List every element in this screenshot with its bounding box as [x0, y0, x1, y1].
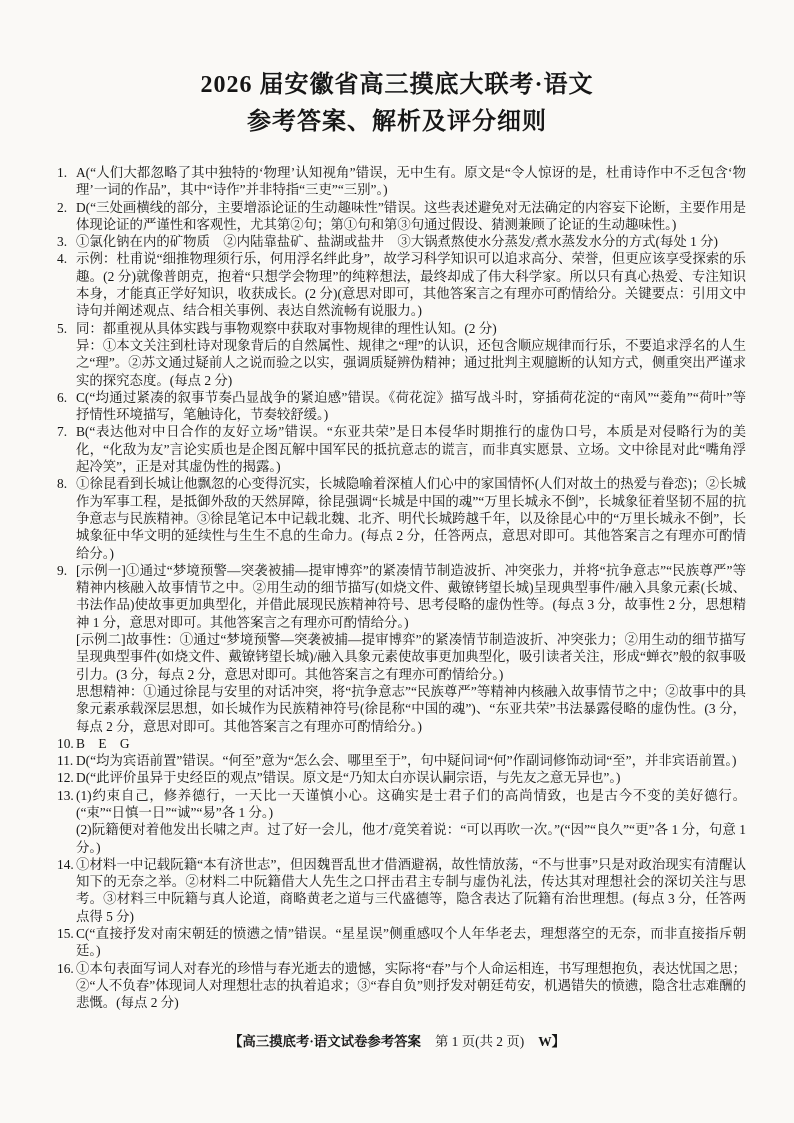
answer-item-4: 4.示例：杜甫说“细推物理须行乐，何用浮名绊此身”，故学习科学知识可以追求高分、…	[57, 250, 746, 319]
answer-item-10: 10.B E G	[57, 735, 746, 752]
answer-paragraph: 14.①材料一中记载阮籍“本有济世志”，但因魏晋乱世才借酒避祸，故性情放荡，“不…	[76, 856, 746, 925]
page-footer: 【高三摸底考·语文试卷参考答案第 1 页(共 2 页)W】	[0, 1031, 794, 1050]
item-number: 3.	[57, 233, 76, 250]
answer-paragraph: 2.D(“三处画横线的部分，主要增添论证的生动趣味性”错误。这些表述避免对无法确…	[76, 199, 746, 234]
page-title: 2026 届安徽省高三摸底大联考·语文	[0, 70, 794, 100]
item-number: 10.	[57, 735, 76, 752]
answer-paragraph: 11.D(“均为宾语前置”错误。“何至”意为“怎么会、哪里至于”，句中疑问词“何…	[76, 752, 746, 769]
answer-paragraph: 15.C(“直接抒发对南宋朝廷的愤懑之情”错误。“星星误”侧重感叹个人年华老去，…	[76, 925, 746, 960]
footer-version-code: W】	[538, 1034, 565, 1049]
item-number: 8.	[57, 475, 76, 492]
answer-paragraph: [示例二]故事性：①通过“梦境预警—突袭被捕—提审博弈”的紧凑情节制造波折、冲突…	[76, 631, 746, 683]
answer-item-1: 1.A(“人们大都忽略了其中独特的‘物理’认知视角”错误，无中生有。原文是“令人…	[57, 164, 746, 199]
item-number: 16.	[57, 960, 76, 977]
answer-paragraph: 12.D(“此评价虽异于史经臣的观点”错误。原文是“乃知太白亦误认嗣宗语，与先友…	[76, 769, 746, 786]
item-number: 2.	[57, 199, 76, 216]
answer-paragraph: (2)阮籍便对着他发出长啸之声。过了好一会儿，他才/竟笑着说：“可以再吹一次。”…	[76, 821, 746, 856]
answer-item-11: 11.D(“均为宾语前置”错误。“何至”意为“怎么会、哪里至于”，句中疑问词“何…	[57, 752, 746, 769]
answer-item-2: 2.D(“三处画横线的部分，主要增添论证的生动趣味性”错误。这些表述避免对无法确…	[57, 199, 746, 234]
page-subtitle: 参考答案、解析及评分细则	[0, 107, 794, 137]
item-number: 4.	[57, 250, 76, 267]
answer-paragraph: 4.示例：杜甫说“细推物理须行乐，何用浮名绊此身”，故学习科学知识可以追求高分、…	[76, 250, 746, 319]
answer-paragraph: 16.①本句表面写词人对春光的珍惜与春光逝去的遗憾，实际将“春”与个人命运相连，…	[76, 960, 746, 1012]
item-number: 13.	[57, 787, 76, 804]
answer-paragraph: 10.B E G	[76, 735, 746, 752]
footer-page-number: 第 1 页(共 2 页)	[435, 1034, 524, 1049]
answer-paragraph: 13.(1)约束自己，修养德行，一天比一天谨慎小心。这确实是士君子们的高尚情致，…	[76, 787, 746, 822]
answer-paragraph: 7.B(“表达他对中日合作的友好立场”错误。“东亚共荣”是日本侵华时期推行的虚伪…	[76, 423, 746, 475]
answer-item-7: 7.B(“表达他对中日合作的友好立场”错误。“东亚共荣”是日本侵华时期推行的虚伪…	[57, 423, 746, 475]
answer-item-3: 3.①氯化钠在内的矿物质 ②内陆靠盐矿、盐湖或盐井 ③大锅煮熬使水分蒸发/煮水蒸…	[57, 233, 746, 250]
answer-paragraph: 思想精神：①通过徐昆与安里的对话冲突，将“抗争意志”“民族尊严”等精神内核融入故…	[76, 683, 746, 735]
item-number: 14.	[57, 856, 76, 873]
answer-item-8: 8.①徐昆看到长城让他飘忽的心变得沉实，长城隐喻着深植人们心中的家国情怀(人们对…	[57, 475, 746, 561]
answer-item-6: 6.C(“均通过紧凑的叙事节奏凸显战争的紧迫感”错误。《荷花淀》描写战斗时，穿插…	[57, 389, 746, 424]
answer-paragraph: 5.同：都重视从具体实践与事物观察中获取对事物规律的理性认知。(2 分)	[76, 320, 746, 337]
answer-item-14: 14.①材料一中记载阮籍“本有济世志”，但因魏晋乱世才借酒避祸，故性情放荡，“不…	[57, 856, 746, 925]
item-number: 1.	[57, 164, 76, 181]
item-number: 15.	[57, 925, 76, 942]
answer-paragraph: 9.[示例一]①通过“梦境预警—突袭被捕—提审博弈”的紧凑情节制造波折、冲突张力…	[76, 562, 746, 631]
item-number: 12.	[57, 769, 76, 786]
footer-title: 【高三摸底考·语文试卷参考答案	[229, 1034, 421, 1049]
answer-paragraph: 8.①徐昆看到长城让他飘忽的心变得沉实，长城隐喻着深植人们心中的家国情怀(人们对…	[76, 475, 746, 561]
answer-item-16: 16.①本句表面写词人对春光的珍惜与春光逝去的遗憾，实际将“春”与个人命运相连，…	[57, 960, 746, 1012]
answer-paragraph: 异：①本文关注到杜诗对现象背后的自然属性、规律之“理”的认识，还包含顺应规律而行…	[76, 337, 746, 389]
item-number: 7.	[57, 423, 76, 440]
item-number: 9.	[57, 562, 76, 579]
answer-paragraph: 6.C(“均通过紧凑的叙事节奏凸显战争的紧迫感”错误。《荷花淀》描写战斗时，穿插…	[76, 389, 746, 424]
answer-item-13: 13.(1)约束自己，修养德行，一天比一天谨慎小心。这确实是士君子们的高尚情致，…	[57, 787, 746, 856]
answer-item-12: 12.D(“此评价虽异于史经臣的观点”错误。原文是“乃知太白亦误认嗣宗语，与先友…	[57, 769, 746, 786]
answers-list: 1.A(“人们大都忽略了其中独特的‘物理’认知视角”错误，无中生有。原文是“令人…	[57, 164, 746, 1012]
answer-key-page: 2026 届安徽省高三摸底大联考·语文 参考答案、解析及评分细则 1.A(“人们…	[0, 0, 794, 1123]
answer-item-9: 9.[示例一]①通过“梦境预警—突袭被捕—提审博弈”的紧凑情节制造波折、冲突张力…	[57, 562, 746, 735]
answer-item-5: 5.同：都重视从具体实践与事物观察中获取对事物规律的理性认知。(2 分)异：①本…	[57, 320, 746, 389]
item-number: 6.	[57, 389, 76, 406]
item-number: 11.	[57, 752, 76, 769]
answer-item-15: 15.C(“直接抒发对南宋朝廷的愤懑之情”错误。“星星误”侧重感叹个人年华老去，…	[57, 925, 746, 960]
answer-paragraph: 1.A(“人们大都忽略了其中独特的‘物理’认知视角”错误，无中生有。原文是“令人…	[76, 164, 746, 199]
answer-paragraph: 3.①氯化钠在内的矿物质 ②内陆靠盐矿、盐湖或盐井 ③大锅煮熬使水分蒸发/煮水蒸…	[76, 233, 746, 250]
item-number: 5.	[57, 320, 76, 337]
